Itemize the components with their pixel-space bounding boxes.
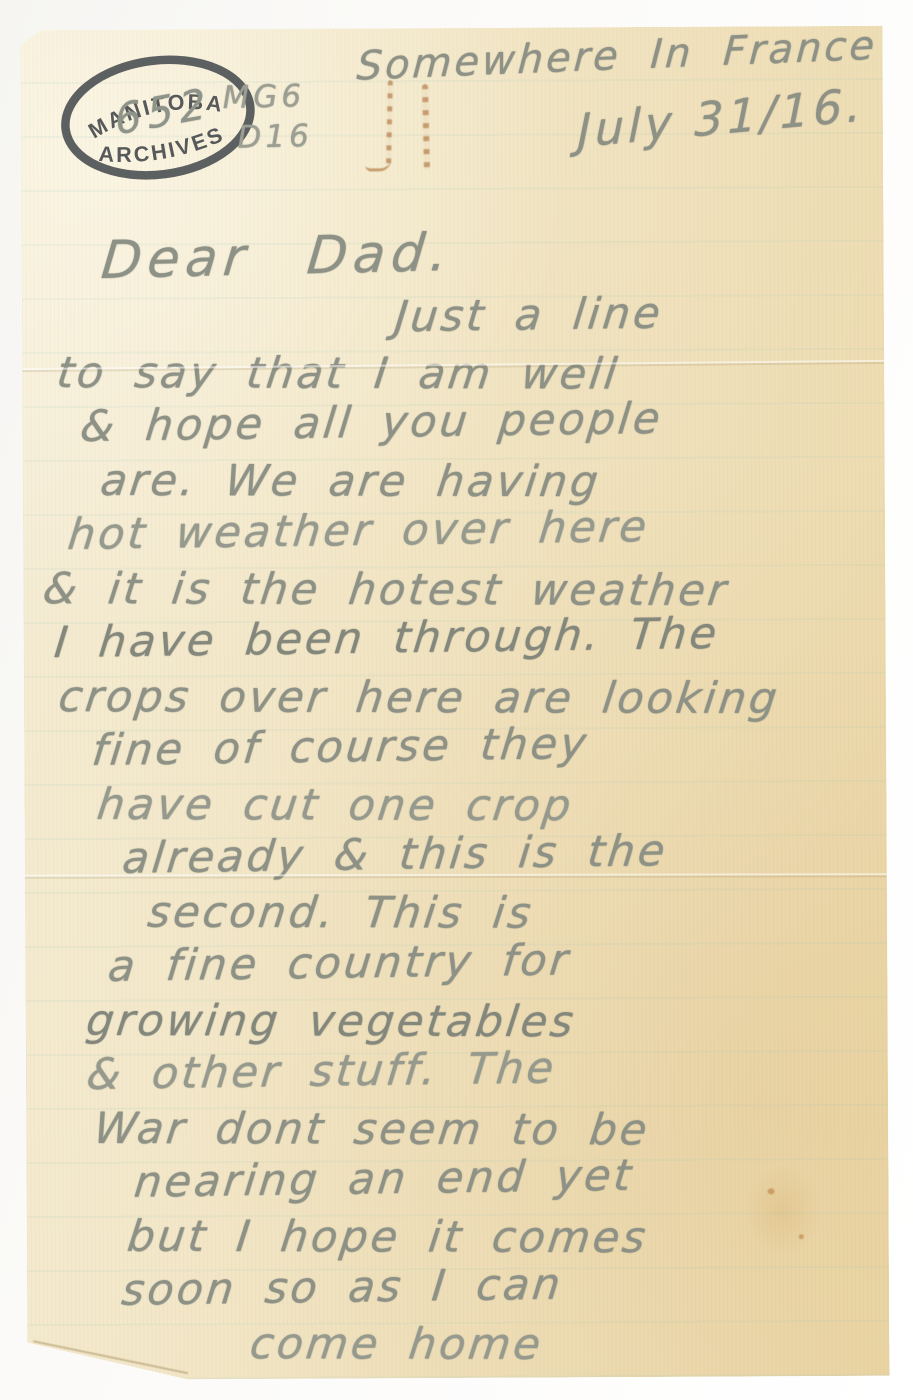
- salutation: Dear Dad.: [99, 223, 456, 291]
- letter-line: come home: [247, 1317, 880, 1373]
- letter-date: July 31/16.: [577, 77, 865, 158]
- letter-line: & hope all you people: [78, 389, 877, 454]
- letter-line: Just a line: [392, 284, 875, 345]
- catalog-note: MG6 D16: [222, 76, 313, 158]
- rust-stain: [422, 84, 430, 170]
- letter-line: I have been through. The: [52, 605, 878, 670]
- rust-stain: [386, 80, 393, 164]
- catalog-note-line2: D16: [237, 116, 313, 158]
- letter-line: & other stuff. The: [84, 1037, 880, 1102]
- scan-background: MANITOBA ARCHIVES 652 MG6 D16 Somewhere …: [0, 0, 913, 1400]
- age-stain: [726, 1146, 837, 1277]
- letter-line: a fine country for: [105, 929, 879, 994]
- rust-stain: [365, 156, 391, 171]
- letter-place: Somewhere In France: [355, 23, 878, 90]
- letter-line: fine of course they: [89, 713, 878, 778]
- catalog-note-line1: MG6: [222, 76, 312, 118]
- letter-page: MANITOBA ARCHIVES 652 MG6 D16 Somewhere …: [20, 26, 889, 1380]
- letter-line: hot weather over here: [65, 497, 877, 562]
